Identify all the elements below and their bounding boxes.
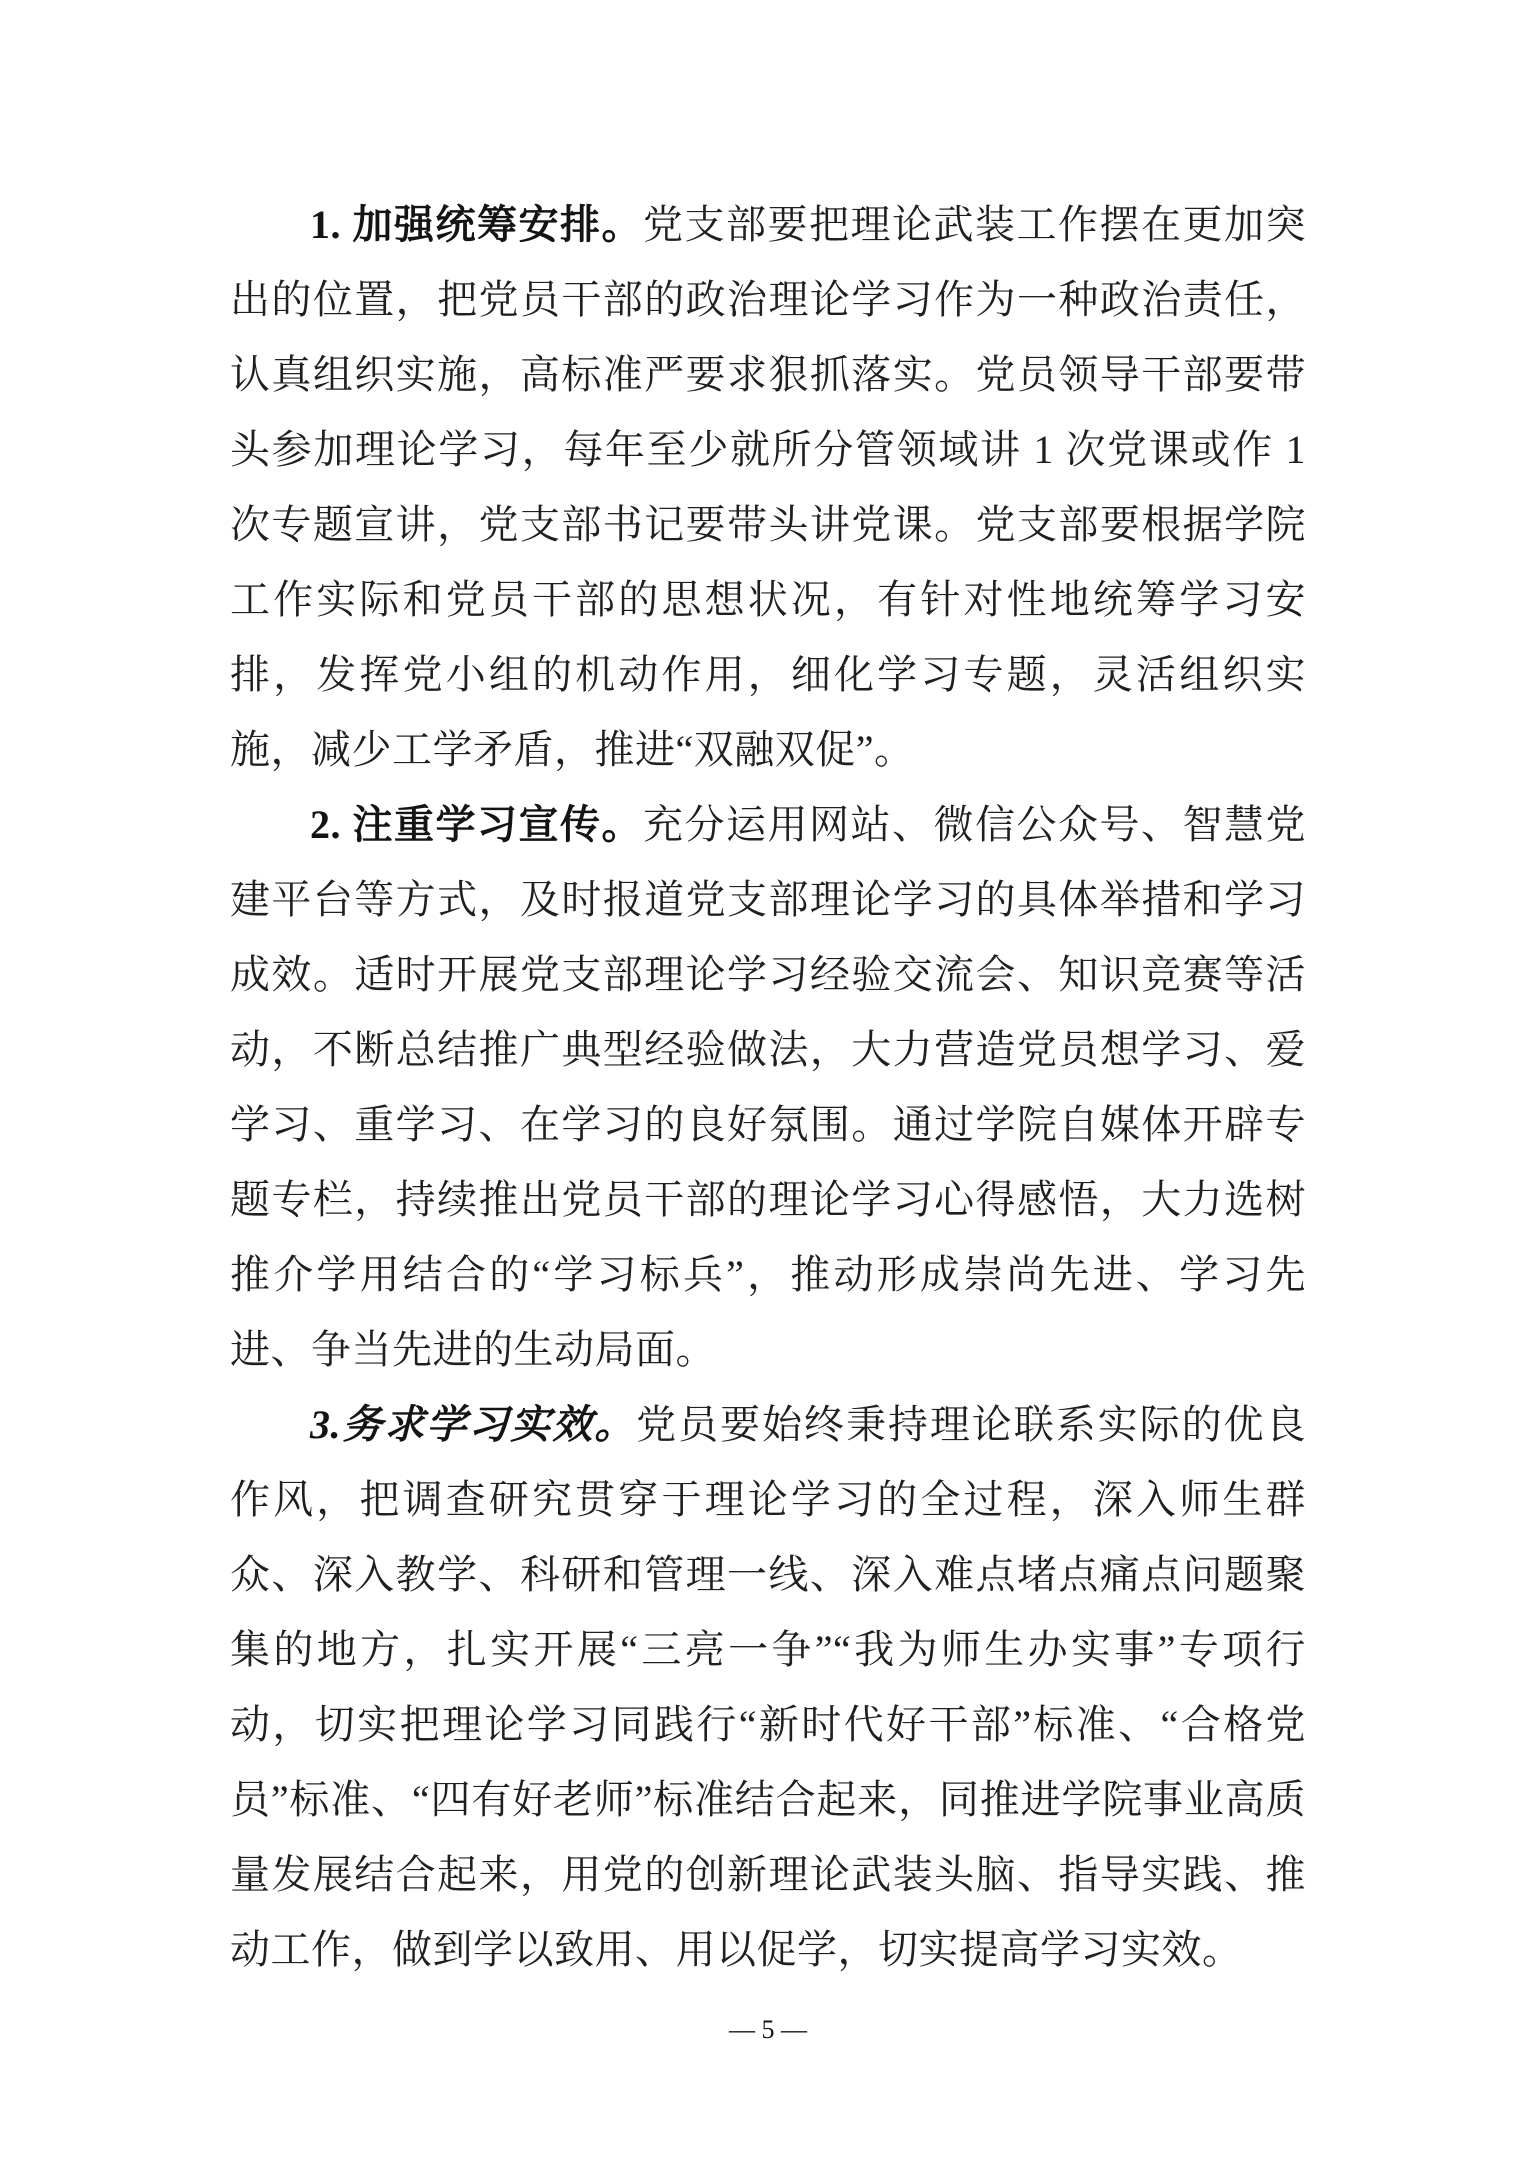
- paragraph-3: 3.务求学习实效。党员要始终秉持理论联系实际的优良作风，把调查研究贯穿于理论学习…: [230, 1387, 1306, 1987]
- page-number: — 5 —: [0, 2012, 1536, 2048]
- document-page: 1. 加强统筹安排。党支部要把理论武装工作摆在更加突出的位置，把党员干部的政治理…: [0, 0, 1536, 2173]
- paragraph-2: 2. 注重学习宣传。充分运用网站、微信公众号、智慧党建平台等方式，及时报道党支部…: [230, 787, 1306, 1387]
- document-content: 1. 加强统筹安排。党支部要把理论武装工作摆在更加突出的位置，把党员干部的政治理…: [230, 187, 1306, 1987]
- paragraph-2-body: 充分运用网站、微信公众号、智慧党建平台等方式，及时报道党支部理论学习的具体举措和…: [230, 802, 1306, 1372]
- paragraph-1: 1. 加强统筹安排。党支部要把理论武装工作摆在更加突出的位置，把党员干部的政治理…: [230, 187, 1306, 787]
- paragraph-1-heading: 1. 加强统筹安排。: [310, 202, 643, 247]
- paragraph-2-heading: 2. 注重学习宣传。: [310, 802, 643, 847]
- paragraph-1-body: 党支部要把理论武装工作摆在更加突出的位置，把党员干部的政治理论学习作为一种政治责…: [230, 202, 1306, 772]
- paragraph-3-heading: 3.务求学习实效。: [310, 1402, 636, 1447]
- paragraph-3-body: 党员要始终秉持理论联系实际的优良作风，把调查研究贯穿于理论学习的全过程，深入师生…: [230, 1402, 1306, 1972]
